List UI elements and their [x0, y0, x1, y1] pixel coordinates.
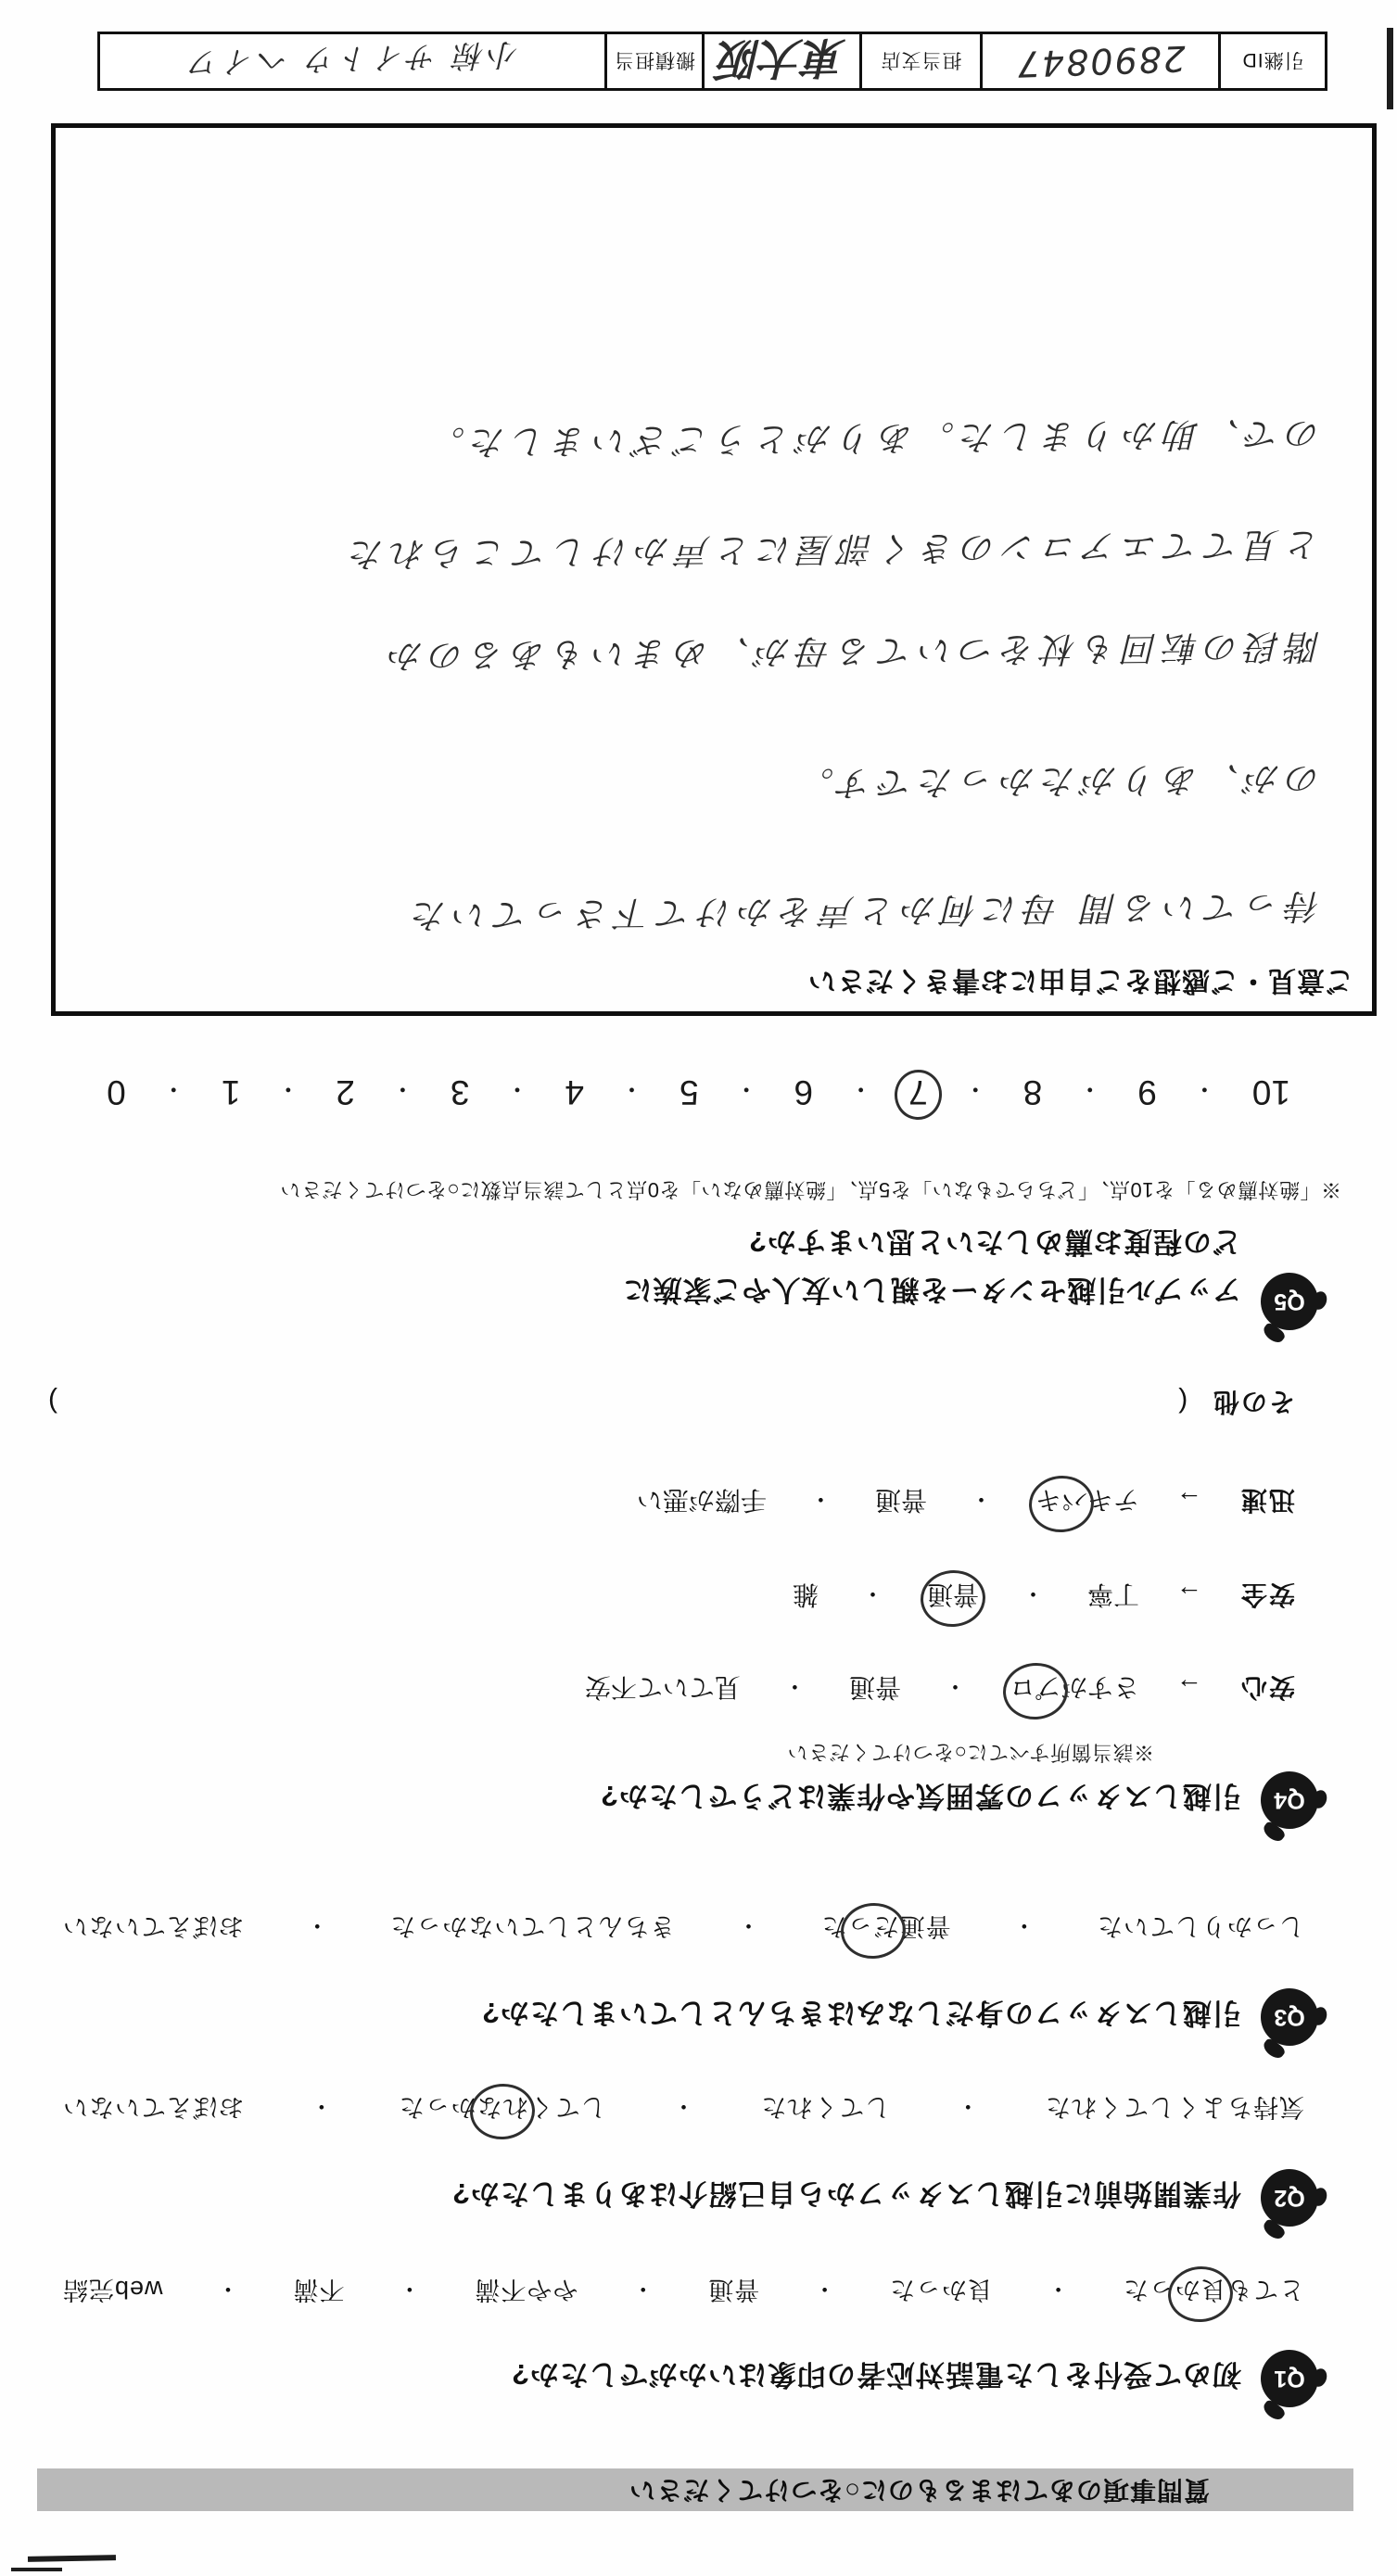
q4-question: 引越しスタッフの雰囲気や作業はどうでしたか?	[600, 1778, 1241, 1820]
q1-option-web-kanketsu: web完結	[62, 2274, 163, 2310]
q3-options: しっかりしていた ・ 普通だった ・ きちんとしていなかった ・ おぼえていない	[62, 1910, 1304, 1947]
scale-dot: ・	[620, 1073, 644, 1108]
scale-dot: ・	[734, 1073, 758, 1108]
scale-5: 5	[679, 1072, 699, 1111]
scanned-survey-page: 質問事項のあてはまるものに○をつけてください Q1 初めて受付をした電話対応者の…	[0, 0, 1397, 2576]
q4-jinsoku-option-futsuu: 普通	[875, 1483, 927, 1520]
q2-question: 作業開始前に引越しスタッフから自己紹介はありましたか?	[451, 2176, 1241, 2217]
q3-option-oboeteinai: おぼえていない	[62, 1910, 244, 1947]
scale-dot: ・	[849, 1073, 873, 1108]
option-separator: ・	[309, 2091, 333, 2125]
q4-badge: Q4	[1261, 1771, 1318, 1829]
q2-options: 気持ちよくしてくれた ・ してくれた ・ してくれなかった ・ おぼえていない	[62, 2091, 1304, 2127]
option-separator: ・	[944, 1671, 967, 1705]
scale-1: 1	[222, 1072, 241, 1111]
scan-artifact-mark	[1387, 28, 1393, 109]
open-paren: (	[1178, 1387, 1187, 1417]
q2-option-shitekureta: してくれた	[760, 2091, 890, 2127]
option-separator: ・	[956, 2091, 980, 2125]
scale-dot: ・	[1192, 1073, 1216, 1108]
handwritten-comment-line: 階段の転回も杖をついてる母が、めまいもあるのか	[383, 625, 1322, 685]
option-separator: ・	[1011, 1910, 1035, 1944]
q1-option-totemo-yokatta: とても良かった	[1123, 2274, 1304, 2310]
scale-4: 4	[565, 1072, 584, 1111]
q4-row-anshin-label: 安心	[1239, 1670, 1295, 1707]
q5-note: ※「絶対薦める」を10点、「どちらでもない」を5点、「絶対薦めない」を0点として…	[280, 1176, 1341, 1205]
q4-row-anzen: 安全 → 丁寧 ・ 普通 ・ 雑	[793, 1578, 1295, 1615]
arrow-icon: →	[1176, 1672, 1202, 1702]
q4-anzen-option-futsuu: 普通	[927, 1578, 979, 1615]
q2-option-oboeteinai: おぼえていない	[62, 2091, 244, 2127]
q3-badge: Q3	[1261, 1988, 1318, 2046]
handwritten-comment-line: 待っている間 母に何かと声をかけて下さっていた	[406, 884, 1321, 944]
q1-question: 初めて受付をした電話対応者の印象はいかがでしたか?	[511, 2356, 1241, 2398]
handover-id-label: 引継ID	[1221, 34, 1325, 88]
answer-circle-mark: 良か	[1175, 2274, 1226, 2310]
handwritten-comment-line: のが、ありがたかったです。	[794, 756, 1322, 812]
q4-jinsoku-option-tegiwa-warui: 手際が悪い	[637, 1483, 767, 1520]
scale-dot: ・	[276, 1073, 300, 1108]
scale-8: 8	[1023, 1072, 1043, 1111]
q3-question: 引越しスタッフの身だしなみはきちんとしていましたか?	[481, 1995, 1241, 2037]
q1-badge: Q1	[1261, 2350, 1318, 2407]
handover-info-table: 引継ID 2890847 担当支店 東大阪 搬積担当 小椋 サイトウ ヘイワ	[97, 32, 1327, 91]
option-separator: ・	[397, 2274, 421, 2307]
scale-2: 2	[336, 1072, 355, 1111]
option-separator: ・	[305, 1910, 329, 1944]
scan-artifact-mark	[11, 2568, 62, 2571]
q1-option-fuman: 不満	[292, 2274, 344, 2310]
q4-anzen-option-zatsu: 雑	[793, 1578, 819, 1615]
q4-anzen-option-teinei: 丁寧	[1087, 1578, 1139, 1615]
option-separator: ・	[970, 1484, 993, 1517]
q4-row-jinsoku-label: 迅速	[1239, 1483, 1295, 1520]
q2-option-shitekurenakatta: してくれなかった	[399, 2091, 606, 2127]
q3-option-futsuu-datta: 普通だった	[821, 1910, 951, 1947]
form-title-bar: 質問事項のあてはまるものに○をつけてください	[37, 2468, 1353, 2511]
q4-row-anzen-label: 安全	[1239, 1578, 1295, 1615]
q5-question-line2: どの程度お薦めしたいと思いますか?	[748, 1224, 1241, 1265]
option-separator: ・	[671, 2091, 695, 2125]
q1-options: とても良かった ・ 良かった ・ 普通 ・ やや不満 ・ 不満 ・ web完結	[62, 2274, 1304, 2310]
branch-label: 担当支店	[862, 34, 983, 88]
handwritten-comment-line: と見ててエアコンのきく部屋にと声かけしてこられた	[344, 522, 1322, 582]
q5-question-line1: アップル引越センターを親しい友人やご家族に	[623, 1272, 1241, 1313]
q1-option-yaya-fuman: やや不満	[474, 2274, 578, 2310]
crew-value: 小椋 サイトウ ヘイワ	[100, 34, 607, 88]
q4-anshin-option-fuan: 見ていて不安	[585, 1670, 741, 1707]
q3-option-shikkari: しっかりしていた	[1097, 1910, 1304, 1947]
option-separator: ・	[215, 2274, 239, 2307]
arrow-icon: →	[1176, 1580, 1202, 1609]
q4-other-row: その他 ( )	[48, 1385, 1295, 1422]
scale-7-circled: 7	[908, 1072, 928, 1111]
q4-other-label-group: その他 (	[1178, 1385, 1295, 1422]
scale-10: 10	[1252, 1072, 1290, 1111]
arrow-icon: →	[1176, 1485, 1202, 1515]
q4-anshin-option-futsuu: 普通	[849, 1670, 901, 1707]
q3-option-kichinto-shitenakatta: きちんとしていなかった	[389, 1910, 675, 1947]
scale-dot: ・	[161, 1073, 185, 1108]
scale-6: 6	[794, 1072, 814, 1111]
answer-circle-mark: パキ	[1035, 1483, 1087, 1520]
crew-label: 搬積担当	[607, 34, 705, 88]
q4-anshin-option-sasuga-pro: さすがプロ	[1010, 1670, 1139, 1707]
q2-option-kimochiyoku: 気持ちよくしてくれた	[1045, 2091, 1304, 2127]
scale-dot: ・	[963, 1073, 987, 1108]
answer-circle-mark: 普通	[927, 1578, 979, 1615]
comment-label: ご意見・ご感想をご自由にお書きください	[807, 963, 1353, 1004]
option-separator: ・	[809, 1484, 832, 1517]
scale-3: 3	[451, 1072, 470, 1111]
q5-badge: Q5	[1261, 1273, 1318, 1330]
handwritten-comment-line: ので、助かりました。ありがとうございました。	[424, 412, 1321, 471]
branch-value: 東大阪	[705, 34, 863, 88]
option-separator: ・	[783, 1671, 806, 1705]
q4-other-label: その他	[1212, 1388, 1295, 1416]
q2-badge: Q2	[1261, 2169, 1318, 2227]
option-separator: ・	[1022, 1579, 1045, 1612]
q1-option-futsuu: 普通	[707, 2274, 759, 2310]
option-separator: ・	[736, 1910, 760, 1944]
option-separator: ・	[812, 2274, 836, 2307]
rotated-document: 質問事項のあてはまるものに○をつけてください Q1 初めて受付をした電話対応者の…	[0, 0, 1397, 2576]
q5-rating-scale: 10 ・ 9 ・ 8 ・ 7 ・ 6 ・ 5 ・ 4 ・ 3 ・ 2 ・ 1 ・…	[107, 1072, 1290, 1111]
handover-id-value: 2890847	[983, 34, 1221, 88]
q4-row-jinsoku: 迅速 → テキパキ ・ 普通 ・ 手際が悪い	[637, 1483, 1295, 1520]
answer-circle-mark: れな	[476, 2091, 528, 2127]
scale-0: 0	[107, 1072, 126, 1111]
option-separator: ・	[630, 2274, 654, 2307]
comment-box: ご意見・ご感想をご自由にお書きください 待っている間 母に何かと声をかけて下さっ…	[51, 123, 1377, 1016]
scale-dot: ・	[390, 1073, 414, 1108]
scale-9: 9	[1137, 1072, 1157, 1111]
q4-jinsoku-option-tekipaki: テキパキ	[1035, 1483, 1139, 1520]
scale-dot: ・	[1078, 1073, 1102, 1108]
q4-note: ※該当箇所すべてに○をつけてください	[787, 1739, 1154, 1768]
q1-option-yokatta: 良かった	[889, 2274, 993, 2310]
scale-dot: ・	[505, 1073, 529, 1108]
option-separator: ・	[861, 1579, 884, 1612]
q4-row-anshin: 安心 → さすがプロ ・ 普通 ・ 見ていて不安	[585, 1670, 1295, 1707]
option-separator: ・	[1046, 2274, 1070, 2307]
close-paren: )	[48, 1386, 57, 1417]
answer-circle-mark: プロ	[1010, 1670, 1061, 1707]
answer-circle-mark: だっ	[847, 1910, 899, 1947]
